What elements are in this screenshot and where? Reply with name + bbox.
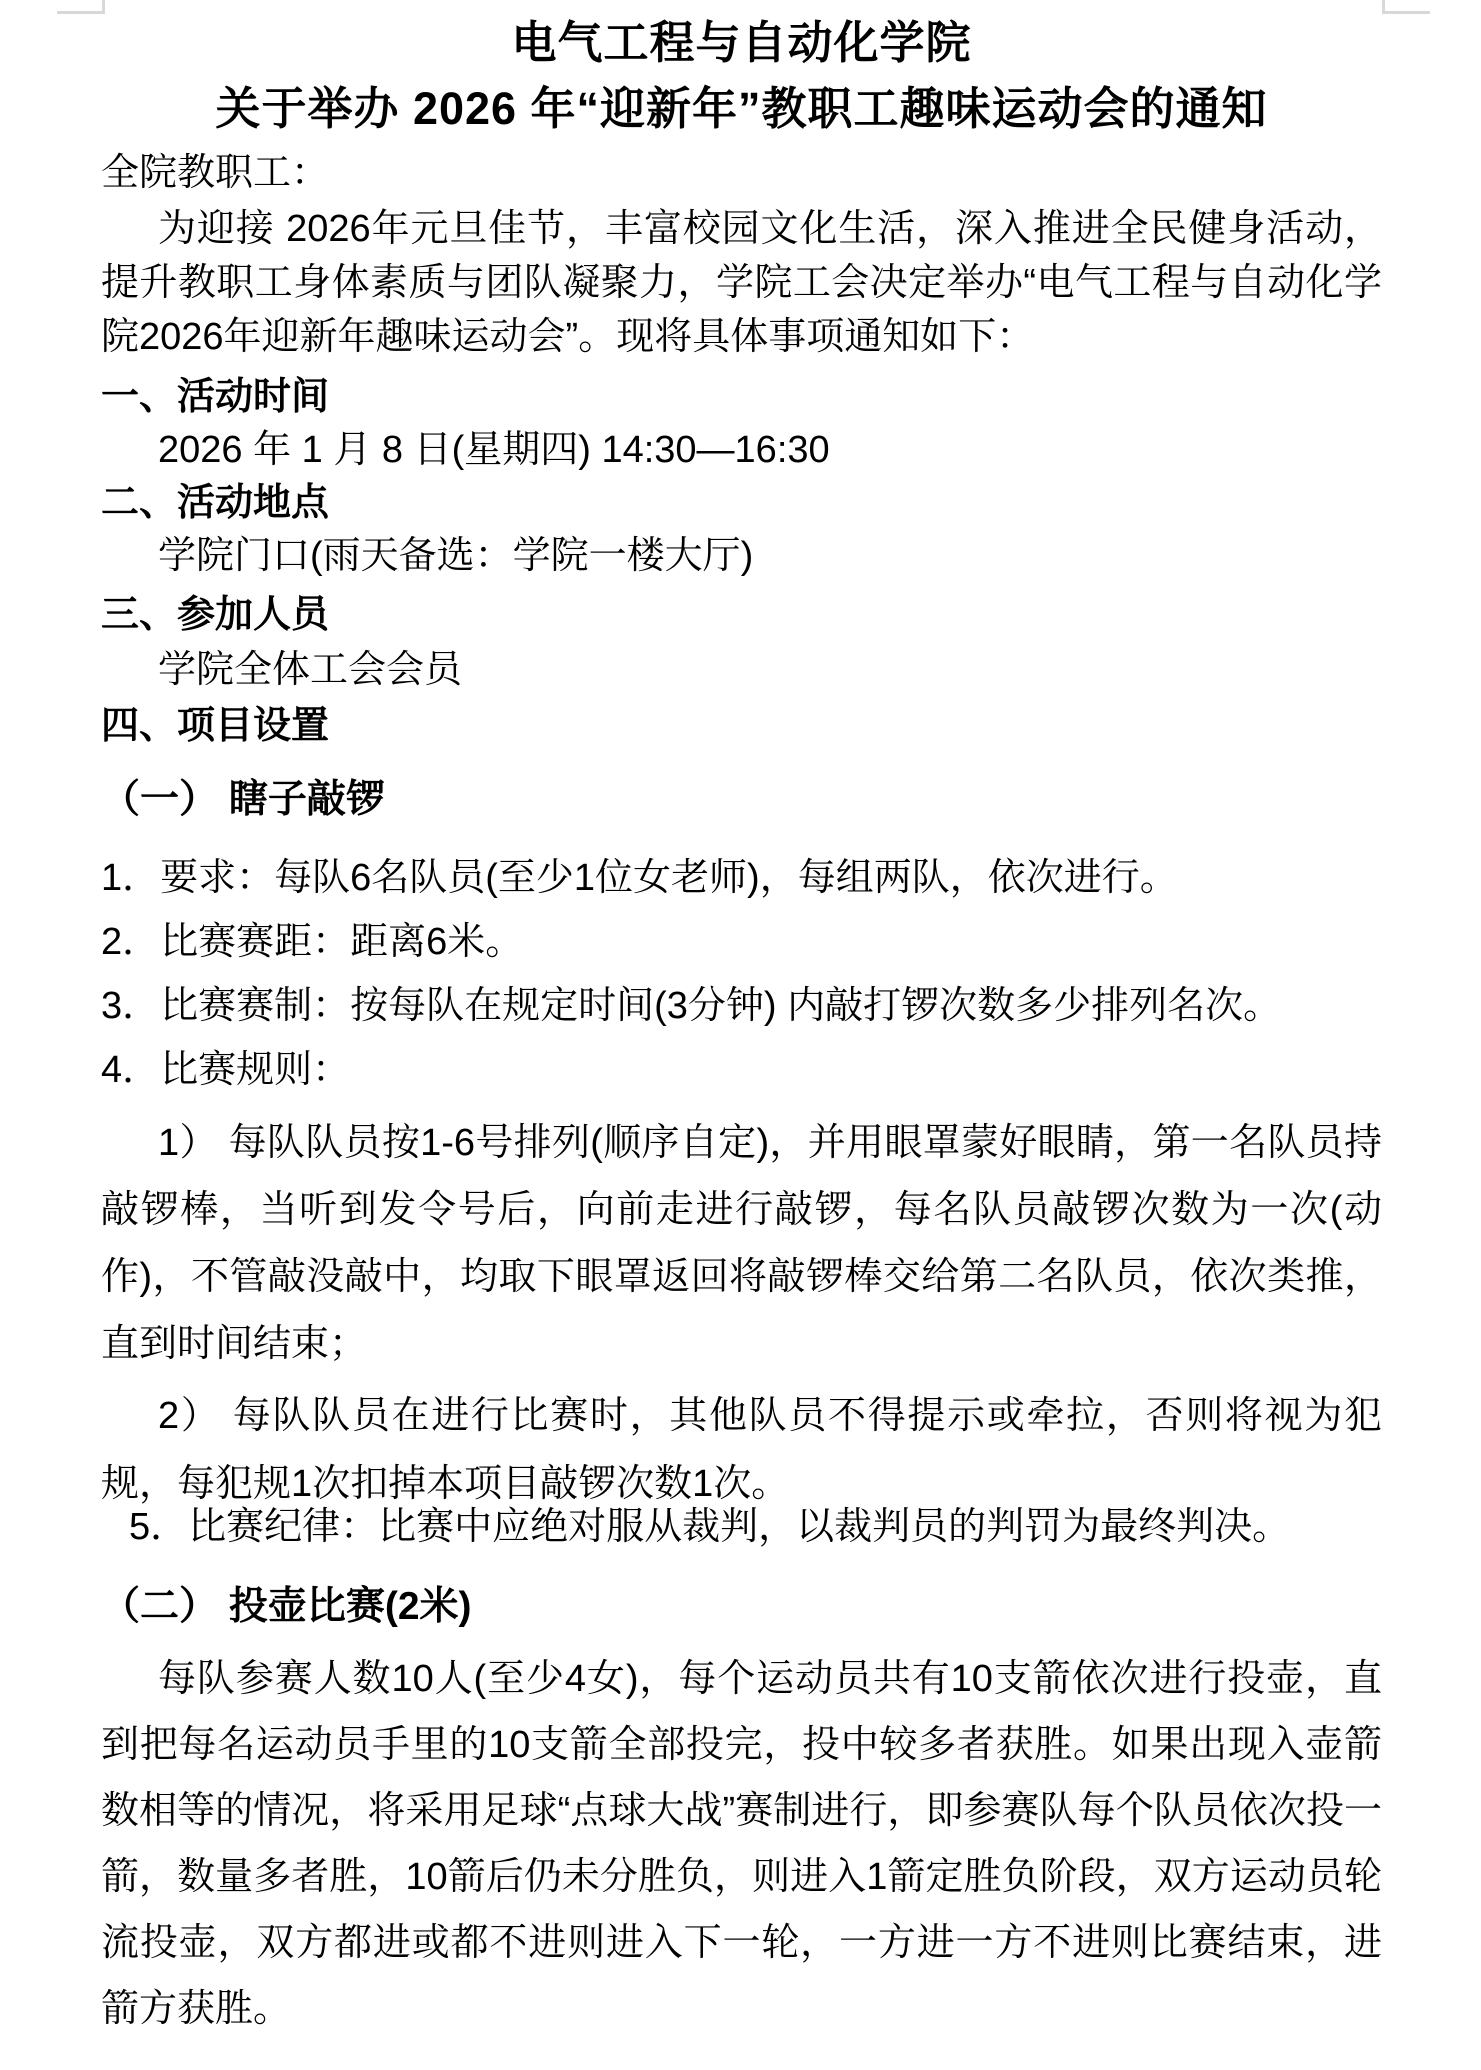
event2-paragraph: 每队参赛人数10人(至少4女)，每个运动员共有10支箭依次进行投壶，直到把每名运… <box>101 1646 1382 2042</box>
event1-item-4: 4．比赛规则： <box>101 1042 1382 1098</box>
event2-heading: （二） 投壶比赛(2米) <box>101 1580 1382 1633</box>
event1-rule-1: 1） 每队队员按1-6号排列(顺序自定)，并用眼罩蒙好眼睛，第一名队员持敲锣棒，… <box>101 1110 1382 1378</box>
margin-corner-mark-left <box>57 0 105 14</box>
document-title-line1: 电气工程与自动化学院 <box>101 10 1382 76</box>
document-content: 电气工程与自动化学院 关于举办 2026 年“迎新年”教职工趣味运动会的通知 全… <box>101 0 1382 2042</box>
activity-time-value: 2026 年 1 月 8 日(星期四) 14:30—16:30 <box>101 424 1382 477</box>
salutation: 全院教职工： <box>101 147 1382 200</box>
event1-item-1: 1．要求：每队6名队员(至少1位女老师)，每组两队，依次进行。 <box>101 850 1382 906</box>
event1-item-2: 2．比赛赛距：距离6米。 <box>101 914 1382 970</box>
margin-corner-mark-right <box>1382 0 1430 14</box>
section-heading-events-setup: 四、项目设置 <box>101 700 1382 753</box>
participants-value: 学院全体工会会员 <box>101 644 1382 697</box>
intro-paragraph: 为迎接 2026年元旦佳节，丰富校园文化生活，深入推进全民健身活动，提升教职工身… <box>101 202 1382 364</box>
event1-heading: （一） 瞎子敲锣 <box>101 773 1382 826</box>
section-heading-activity-place: 二、活动地点 <box>101 477 1382 530</box>
event1-discipline: 5．比赛纪律：比赛中应绝对服从裁判，以裁判员的判罚为最终判决。 <box>101 1504 1382 1550</box>
event1-rule-2: 2） 每队队员在进行比赛时，其他队员不得提示或牵拉，否则将视为犯规，每犯规1次扣… <box>101 1382 1382 1518</box>
activity-place-value: 学院门口(雨天备选：学院一楼大厅) <box>101 530 1382 583</box>
section-heading-activity-time: 一、活动时间 <box>101 371 1382 424</box>
section-heading-participants: 三、参加人员 <box>101 589 1382 642</box>
event1-item-3: 3．比赛赛制：按每队在规定时间(3分钟) 内敲打锣次数多少排列名次。 <box>101 978 1382 1034</box>
document-page: 电气工程与自动化学院 关于举办 2026 年“迎新年”教职工趣味运动会的通知 全… <box>0 0 1481 2070</box>
document-title-line2: 关于举办 2026 年“迎新年”教职工趣味运动会的通知 <box>101 76 1382 142</box>
